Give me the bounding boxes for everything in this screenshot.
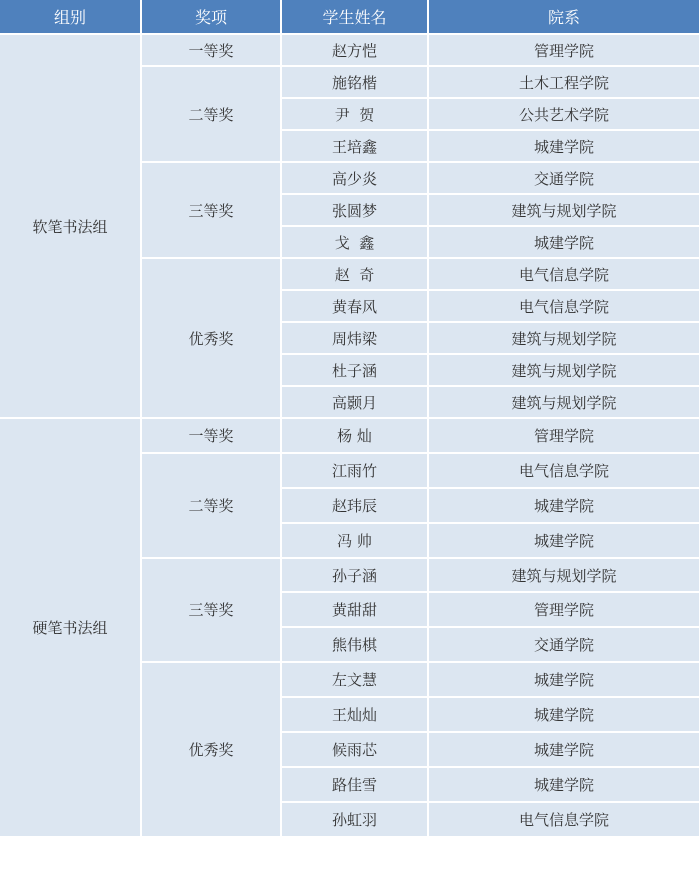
header-award: 奖项 <box>141 0 281 34</box>
table-header: 组别 奖项 学生姓名 院系 <box>0 0 699 34</box>
student-name-cell: 王培鑫 <box>281 130 428 162</box>
student-name-cell: 高少炎 <box>281 162 428 194</box>
college-cell: 城建学院 <box>428 732 699 767</box>
table-body: 软笔书法组 一等奖 赵方恺 管理学院 二等奖 施铭楷 土木工程学院 尹 贺 公共… <box>0 34 699 837</box>
college-cell: 管理学院 <box>428 592 699 627</box>
college-cell: 土木工程学院 <box>428 66 699 98</box>
college-cell: 城建学院 <box>428 226 699 258</box>
award-cell: 一等奖 <box>141 34 281 66</box>
college-cell: 管理学院 <box>428 34 699 66</box>
student-name-cell: 杨 灿 <box>281 418 428 453</box>
student-name-cell: 周炜梁 <box>281 322 428 354</box>
group-cell: 硬笔书法组 <box>0 418 141 837</box>
header-row: 组别 奖项 学生姓名 院系 <box>0 0 699 34</box>
student-name-cell: 杜子涵 <box>281 354 428 386</box>
student-name-cell: 赵玮辰 <box>281 488 428 523</box>
award-cell: 三等奖 <box>141 162 281 258</box>
college-cell: 电气信息学院 <box>428 258 699 290</box>
student-name-cell: 左文慧 <box>281 662 428 697</box>
student-name-cell: 赵 奇 <box>281 258 428 290</box>
table-row: 硬笔书法组 一等奖 杨 灿 管理学院 <box>0 418 699 453</box>
header-student-name: 学生姓名 <box>281 0 428 34</box>
college-cell: 建筑与规划学院 <box>428 194 699 226</box>
college-cell: 电气信息学院 <box>428 453 699 488</box>
awards-table: 组别 奖项 学生姓名 院系 软笔书法组 一等奖 赵方恺 管理学院 二等奖 施铭楷… <box>0 0 699 838</box>
student-name-cell: 戈 鑫 <box>281 226 428 258</box>
student-name-cell: 孙子涵 <box>281 558 428 593</box>
student-name-cell: 候雨芯 <box>281 732 428 767</box>
college-cell: 电气信息学院 <box>428 802 699 837</box>
college-cell: 交通学院 <box>428 627 699 662</box>
student-name-cell: 冯 帅 <box>281 523 428 558</box>
award-cell: 优秀奖 <box>141 662 281 836</box>
award-cell: 优秀奖 <box>141 258 281 418</box>
college-cell: 建筑与规划学院 <box>428 558 699 593</box>
award-cell: 二等奖 <box>141 66 281 162</box>
table-row: 软笔书法组 一等奖 赵方恺 管理学院 <box>0 34 699 66</box>
college-cell: 城建学院 <box>428 767 699 802</box>
college-cell: 城建学院 <box>428 697 699 732</box>
student-name-cell: 尹 贺 <box>281 98 428 130</box>
student-name-cell: 路佳雪 <box>281 767 428 802</box>
college-cell: 城建学院 <box>428 488 699 523</box>
student-name-cell: 黄甜甜 <box>281 592 428 627</box>
student-name-cell: 王灿灿 <box>281 697 428 732</box>
student-name-cell: 高颢月 <box>281 386 428 418</box>
college-cell: 建筑与规划学院 <box>428 386 699 418</box>
student-name-cell: 江雨竹 <box>281 453 428 488</box>
college-cell: 城建学院 <box>428 523 699 558</box>
college-cell: 城建学院 <box>428 662 699 697</box>
college-cell: 交通学院 <box>428 162 699 194</box>
header-group: 组别 <box>0 0 141 34</box>
college-cell: 建筑与规划学院 <box>428 354 699 386</box>
group-cell: 软笔书法组 <box>0 34 141 418</box>
student-name-cell: 张圆梦 <box>281 194 428 226</box>
college-cell: 城建学院 <box>428 130 699 162</box>
header-college: 院系 <box>428 0 699 34</box>
college-cell: 电气信息学院 <box>428 290 699 322</box>
award-cell: 二等奖 <box>141 453 281 558</box>
college-cell: 公共艺术学院 <box>428 98 699 130</box>
student-name-cell: 黄春风 <box>281 290 428 322</box>
student-name-cell: 赵方恺 <box>281 34 428 66</box>
student-name-cell: 施铭楷 <box>281 66 428 98</box>
student-name-cell: 孙虹羽 <box>281 802 428 837</box>
award-cell: 一等奖 <box>141 418 281 453</box>
award-cell: 三等奖 <box>141 558 281 663</box>
college-cell: 建筑与规划学院 <box>428 322 699 354</box>
college-cell: 管理学院 <box>428 418 699 453</box>
student-name-cell: 熊伟棋 <box>281 627 428 662</box>
